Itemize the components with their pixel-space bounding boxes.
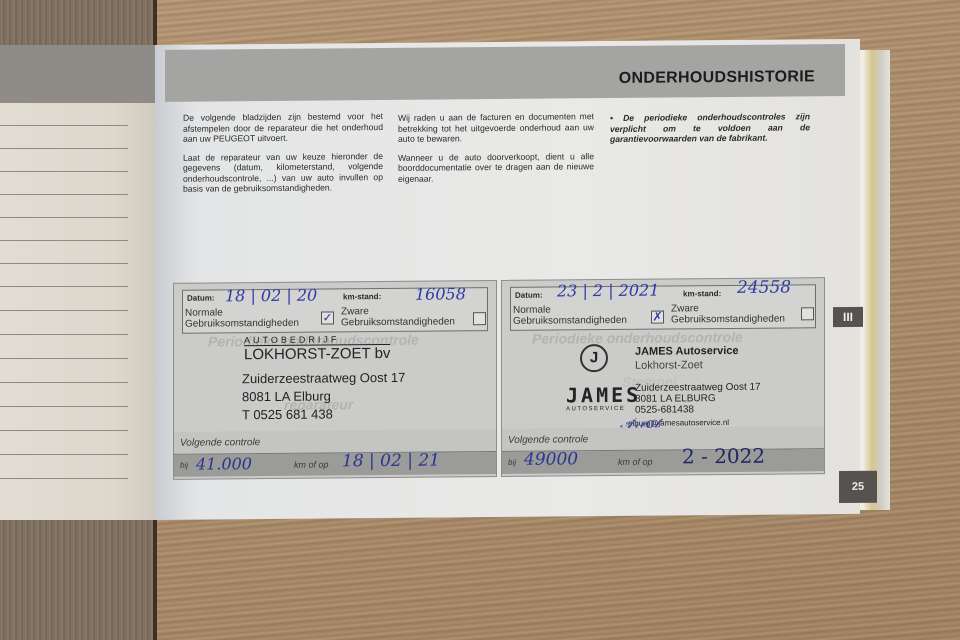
next-km-value: 49000	[524, 449, 578, 469]
ruled-line	[0, 194, 128, 195]
left-page	[0, 45, 162, 520]
normal-usage-checkbox[interactable]: ✓	[321, 311, 334, 324]
next-service-values-row: bij 49000 km of op 2 - 2022	[502, 449, 824, 474]
next-service-row: Volgende controle 𝒜𝓇𝓋𝑜𝓉	[502, 426, 824, 452]
intro-paragraph: De volgende bladzijden zijn bestemd voor…	[183, 111, 383, 144]
stamp-address: Zuiderzeestraatweg Oost 17	[242, 370, 405, 386]
heavy-usage-label: ZwareGebruiksomstandigheden	[341, 305, 455, 328]
next-km-value: 41.000	[196, 454, 252, 473]
james-logo-icon: J	[580, 344, 608, 372]
km-of-op-label: km of op	[294, 459, 329, 469]
watermark-title: Periodieke onderhoudscontrole	[532, 329, 743, 347]
warranty-note: • De periodieke onderhoudscontroles zijn…	[610, 111, 810, 144]
intro-column-2: Wij raden u aan de facturen en documente…	[398, 111, 594, 192]
datum-value: 18 | 02 | 20	[225, 286, 317, 306]
km-stand-value: 16058	[415, 284, 466, 303]
left-page-header-band	[0, 45, 162, 103]
stamp-phone: T 0525 681 438	[242, 406, 333, 422]
ruled-line	[0, 310, 128, 311]
heavy-usage-checkbox[interactable]	[473, 312, 486, 325]
km-stand-label: km-stand:	[683, 289, 721, 298]
datum-value: 23 | 2 | 2021	[557, 281, 659, 301]
intro-paragraph: Wanneer u de auto doorverkoopt, dient u …	[398, 151, 594, 184]
entry-header-box: Datum: 18 | 02 | 20 km-stand: 16058 Norm…	[182, 287, 488, 334]
next-date-value: 2 - 2022	[682, 444, 765, 469]
heavy-usage-checkbox[interactable]	[801, 307, 814, 320]
stamp-city: 8081 LA ELBURG	[635, 393, 716, 405]
normal-usage-label: NormaleGebruiksomstandigheden	[513, 304, 627, 327]
km-of-op-label: km of op	[618, 457, 653, 467]
km-stand-label: km-stand:	[343, 292, 381, 301]
intro-paragraph: Wij raden u aan de facturen en documente…	[398, 111, 594, 144]
ruled-line	[0, 171, 128, 172]
datum-label: Datum:	[187, 293, 215, 302]
ruled-line	[0, 286, 128, 287]
bij-label: bij	[508, 458, 516, 467]
stamp-city: 8081 LA Elburg	[242, 388, 331, 404]
next-date-value: 18 | 02 | 21	[342, 451, 440, 472]
section-tab-marker: III	[833, 307, 863, 327]
intro-column-1: De volgende bladzijden zijn bestemd voor…	[183, 111, 383, 202]
stamp-logo-subtext: AUTOSERVICE	[566, 406, 625, 413]
ruled-line	[0, 358, 128, 359]
service-entry-2: Datum: 23 | 2 | 2021 km-stand: 24558 Nor…	[501, 277, 825, 477]
entry-header-box: Datum: 23 | 2 | 2021 km-stand: 24558 Nor…	[510, 284, 816, 331]
km-stand-value: 24558	[737, 277, 791, 297]
normal-usage-checkbox[interactable]: ✗	[651, 311, 664, 324]
ruled-line	[0, 454, 128, 455]
stamp-subtitle: Lokhorst-Zoet	[635, 359, 703, 372]
signature: 𝒜𝓇𝓋𝑜𝓉	[620, 416, 659, 432]
heavy-usage-label: ZwareGebruiksomstandigheden	[671, 303, 785, 326]
stamp-company-name: JAMES Autoservice	[635, 345, 739, 358]
ruled-line	[0, 217, 128, 218]
stamp-address: Zuiderzeestraatweg Oost 17	[635, 382, 761, 394]
ruled-line	[0, 334, 128, 335]
ruled-line	[0, 430, 128, 431]
page-number: 25	[839, 471, 877, 503]
next-service-label: Volgende controle	[180, 437, 260, 449]
page-title: ONDERHOUDSHISTORIE	[619, 68, 815, 88]
ruled-line	[0, 478, 128, 479]
intro-paragraph: Laat de reparateur van uw keuze hieronde…	[183, 151, 383, 195]
stamp-company-name: LOKHORST-ZOET bv	[244, 344, 390, 363]
ruled-line	[0, 148, 128, 149]
next-service-values-row: bij 41.000 km of op 18 | 02 | 21	[174, 452, 496, 477]
stamp-phone: 0525-681438	[635, 404, 694, 416]
ruled-line	[0, 382, 128, 383]
header-band: ONDERHOUDSHISTORIE	[165, 44, 845, 102]
service-entry-1: Datum: 18 | 02 | 20 km-stand: 16058 Norm…	[173, 280, 497, 480]
intro-column-3: • De periodieke onderhoudscontroles zijn…	[610, 111, 810, 152]
ruled-line	[0, 240, 128, 241]
next-service-row: Volgende controle	[174, 429, 496, 455]
datum-label: Datum:	[515, 291, 543, 300]
stamp-logo-text: JAMES	[566, 383, 641, 408]
next-service-label: Volgende controle	[508, 434, 588, 446]
bij-label: bij	[180, 461, 188, 470]
ruled-line	[0, 263, 128, 264]
ruled-line	[0, 125, 128, 126]
normal-usage-label: NormaleGebruiksomstandigheden	[185, 307, 299, 330]
right-page: ONDERHOUDSHISTORIE De volgende bladzijde…	[155, 39, 860, 520]
ruled-line	[0, 406, 128, 407]
